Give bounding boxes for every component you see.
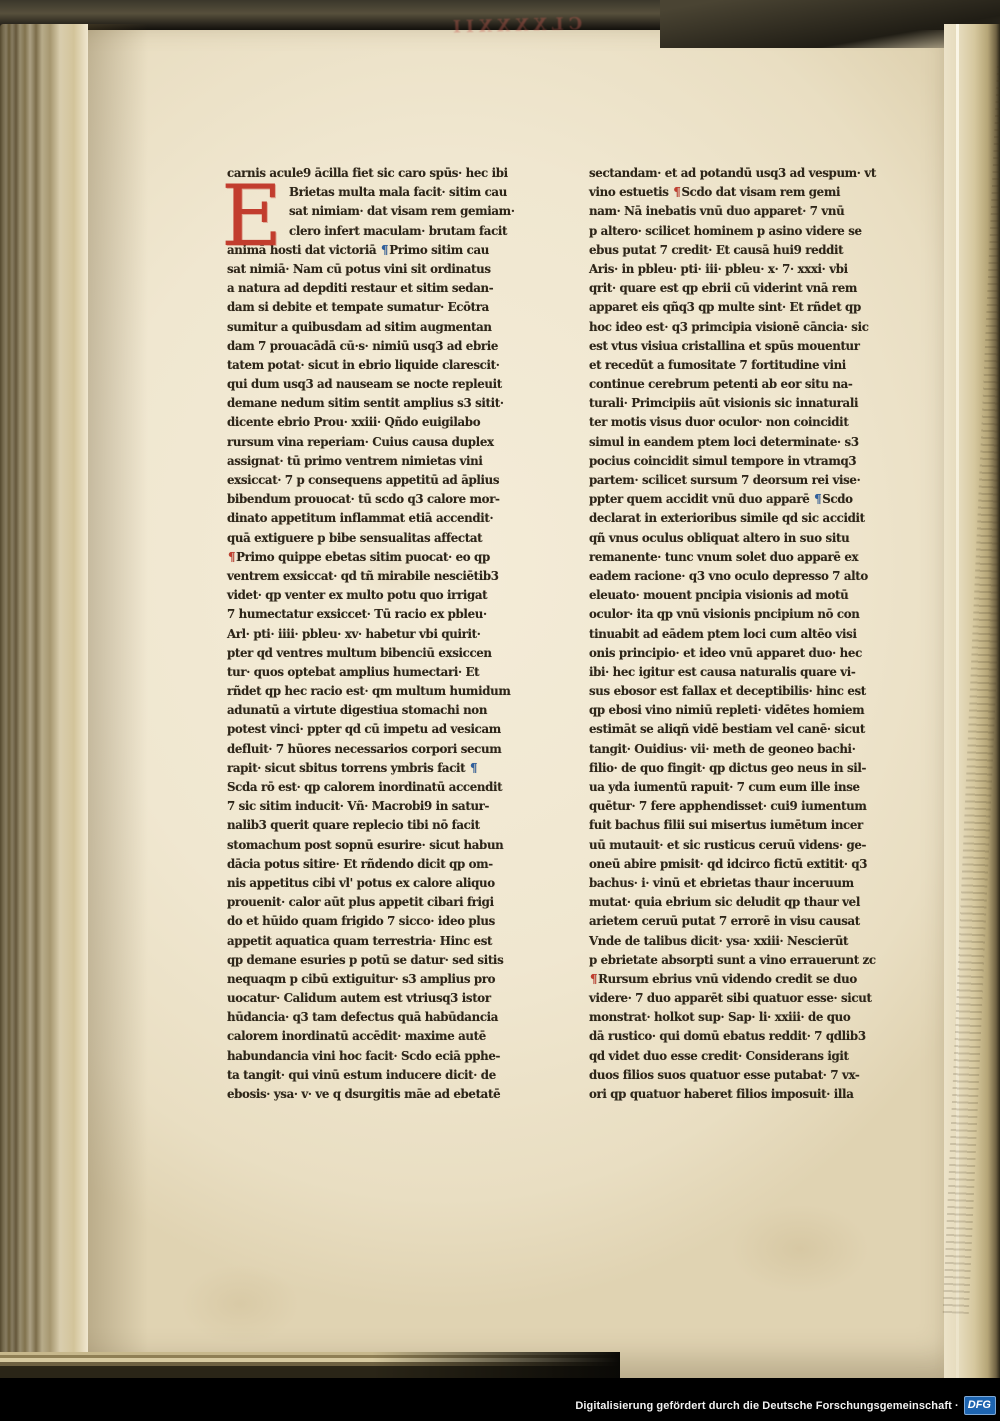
text-line: p altero· scilicet hominem p asino vider… — [589, 224, 891, 243]
parchment-stain — [730, 1204, 870, 1294]
scanned-book-page: CLXXXXII E carnis acule9 ācilla fiet sic… — [0, 0, 1000, 1421]
text-line: qd videt duo esse credit· Considerans ig… — [589, 1049, 891, 1068]
text-line: nequaqm p cibū extiguitur· s3 amplius pr… — [227, 972, 529, 991]
text-line: oculor· ita qp vnū visionis pncipium nō … — [589, 607, 891, 626]
paragraph-mark: ¶ — [227, 550, 236, 564]
text-line: remanente· tunc vnum solet duo apparē ex — [589, 550, 891, 569]
gutter-shadow — [88, 24, 148, 1378]
text-line: sumitur a quibusdam ad sitim augmentan — [227, 320, 529, 339]
text-line: quā extiguere p bibe sensualitas affecta… — [227, 531, 529, 550]
text-line: pocius coincidit simul tempore in vtramq… — [589, 454, 891, 473]
rubricated-initial-E: E — [221, 178, 282, 254]
text-line: estimāt se aliqñ vidē bestiam vel canē· … — [589, 722, 891, 741]
text-line: et recedūt a fumositate 7 fortitudine vi… — [589, 358, 891, 377]
text-line: 7 humectatur exsiccet· Tū racio ex pbleu… — [227, 607, 529, 626]
text-line: potest vinci· ppter qd cū impetu ad vesi… — [227, 722, 529, 741]
text-line: do et hūido quam frigido 7 sicco· ideo p… — [227, 914, 529, 933]
text-line: ibi· hec igitur est causa naturalis quar… — [589, 665, 891, 684]
text-line: prouenit· calor aūt plus appetit cibari … — [227, 895, 529, 914]
text-line: apparet eis qñq3 qp multe sint· Et rñdet… — [589, 300, 891, 319]
text-line: uocatur· Calidum autem est vtriusq3 isto… — [227, 991, 529, 1010]
text-line: duos filios suos quatuor esse putabat· 7… — [589, 1068, 891, 1087]
text-line: stomachum post sopnū esurire· sicut habu… — [227, 838, 529, 857]
text-line: dicente ebrio Prou· xxiii· Qñdo euigilab… — [227, 415, 529, 434]
text-line: eleuato· mouent pncipia visionis ad motū — [589, 588, 891, 607]
text-line: rursum vina reperiam· Cuius causa duplex — [227, 435, 529, 454]
text-line: simul in eandem ptem loci determinate· s… — [589, 435, 891, 454]
text-line: nam· Nā inebatis vnū duo apparet· 7 vnū — [589, 204, 891, 223]
text-line: monstrat· holkot sup· Sap· li· xxiii· de… — [589, 1010, 891, 1029]
next-leaf-edge — [944, 24, 1000, 1378]
text-line: arietem ceruū putat 7 errorē in visu cau… — [589, 914, 891, 933]
text-line: filio· de quo fingit· qp dictus geo neus… — [589, 761, 891, 780]
text-line: uū mutauit· et sic rusticus ceruū videns… — [589, 838, 891, 857]
showthrough-text-lines — [943, 64, 1000, 1314]
text-line: Scda rō est· qp calorem inordinatū accen… — [227, 780, 529, 799]
paragraph-mark: ¶ — [813, 492, 822, 506]
text-line: hoc ideo est· q3 primcipia visionē cānci… — [589, 320, 891, 339]
text-line: exsiccat· 7 p consequens appetitū ad āpl… — [227, 473, 529, 492]
text-line: tur· quos optebat amplius humectari· Et — [227, 665, 529, 684]
paragraph-mark: ¶ — [672, 185, 681, 199]
text-line: continue cerebrum petenti ab eor situ na… — [589, 377, 891, 396]
text-line: eadem racione· q3 vno oculo depresso 7 a… — [589, 569, 891, 588]
text-line: vino estuetis ¶Scdo dat visam rem gemi — [589, 185, 891, 204]
text-line: videt· qp venter ex multo potu quo irrig… — [227, 588, 529, 607]
text-line: nis appetitus cibi vl' potus ex calore a… — [227, 876, 529, 895]
text-line: bachus· i· vinū et ebrietas thaur inceru… — [589, 876, 891, 895]
text-line: qp ebosi vino nimiū repleti· vidētes hom… — [589, 703, 891, 722]
text-line: sectandam· et ad potandū usq3 ad vespum·… — [589, 166, 891, 185]
text-line: declarat in exterioribus simile qd sic a… — [589, 511, 891, 530]
text-line: tatem potat· sicut in ebrio liquide clar… — [227, 358, 529, 377]
text-line: sus ebosor est fallax et deceptibilis· h… — [589, 684, 891, 703]
text-line: ua yda iumentū rapuit· 7 cum eum ille in… — [589, 780, 891, 799]
folio-number-stamp: CLXXXXII — [448, 14, 583, 38]
text-line: bibendum prouocat· tū scdo q3 calore mor… — [227, 492, 529, 511]
text-line: est vtus visiua cristallina et spūs moue… — [589, 339, 891, 358]
text-line: quētur· 7 fere apphendisset· cui9 iument… — [589, 799, 891, 818]
text-line: dam 7 prouacādā cū·s· nimiū usq3 ad ebri… — [227, 339, 529, 358]
paragraph-mark: ¶ — [380, 243, 389, 257]
text-line: assignat· tū primo ventrem nimietas vini — [227, 454, 529, 473]
text-line: ebosis· ysa· v· ve q dsurgitis māe ad eb… — [227, 1087, 529, 1106]
text-line: mutat· quia ebrium sic deludit qp thaur … — [589, 895, 891, 914]
text-line: 7 sic sitim inducit· Vñ· Macrobi9 in sat… — [227, 799, 529, 818]
text-line: tangit· Ouidius· vii· meth de geoneo bac… — [589, 742, 891, 761]
text-line: habundancia vini hoc facit· Scdo eciā pp… — [227, 1049, 529, 1068]
text-line: defluit· 7 hūores necessarios corpori se… — [227, 742, 529, 761]
text-line: rñdet qp hec racio est· qm multum humidu… — [227, 684, 529, 703]
text-line: partem· scilicet sursum 7 deorsum rei vi… — [589, 473, 891, 492]
text-line: ¶Rursum ebrius vnū videndo credit se duo — [589, 972, 891, 991]
book-gutter-page-edges — [0, 24, 88, 1378]
paragraph-mark: ¶ — [469, 761, 478, 775]
paragraph-mark: ¶ — [589, 972, 598, 986]
text-line: oneū abire pmisit· qd idcirco fictū exti… — [589, 857, 891, 876]
text-line: adunatū a virtute digestiua stomachi non — [227, 703, 529, 722]
digitization-credit: Digitalisierung gefördert durch die Deut… — [575, 1396, 996, 1415]
text-line: p ebrietate absorpti sunt a vino errauer… — [589, 953, 891, 972]
dfg-logo: DFG — [964, 1396, 996, 1415]
text-line: turali· Primcipiis aūt visionis sic inna… — [589, 396, 891, 415]
text-line: onis principio· et ideo vnū apparet duo·… — [589, 646, 891, 665]
text-line: Arl· pti· iiii· pbleu· xv· habetur vbi q… — [227, 627, 529, 646]
text-line: ppter quem accidit vnū duo apparē ¶Scdo — [589, 492, 891, 511]
parchment-stain — [180, 1264, 300, 1344]
text-line: ter motis visus duor oculor· non coincid… — [589, 415, 891, 434]
credit-text: Digitalisierung gefördert durch die Deut… — [575, 1400, 958, 1412]
text-line: qrit· quare est qp ebrii cū viderint vnā… — [589, 281, 891, 300]
text-line: demane nedum sitim sentit amplius s3 sit… — [227, 396, 529, 415]
text-column-right: sectandam· et ad potandū usq3 ad vespum·… — [589, 166, 891, 1106]
text-line: dam si debite et tempate sumatur· Ecōtra — [227, 300, 529, 319]
text-line: qñ vnus oculus obliquat altero in suo si… — [589, 531, 891, 550]
text-line: ori qp quatuor haberet filios imposuit· … — [589, 1087, 891, 1106]
text-line: ¶Primo quippe ebetas sitim puocat· eo qp — [227, 550, 529, 569]
text-column-left: E carnis acule9 ācilla fiet sic caro spū… — [227, 166, 529, 1106]
text-line: ebus putat 7 credit· Et causā hui9 reddi… — [589, 243, 891, 262]
text-line: pter qd ventres multum bibenciū exsiccen — [227, 646, 529, 665]
text-line: qp demane esuries p potū se datur· sed s… — [227, 953, 529, 972]
text-line: qui dum usq3 ad nauseam se nocte repleui… — [227, 377, 529, 396]
text-line: calorem inordinatū accēdit· maxime autē — [227, 1029, 529, 1048]
text-line: nalib3 querit quare replecio tibi nō fac… — [227, 818, 529, 837]
text-line: dācia potus sitire· Et rñdendo dicit qp … — [227, 857, 529, 876]
text-line: ta tangit· qui vinū estum inducere dicit… — [227, 1068, 529, 1087]
text-line: a natura ad depditi restaur et sitim sed… — [227, 281, 529, 300]
text-line: Aris· in pbleu· pti· iii· pbleu· x· 7· x… — [589, 262, 891, 281]
text-line: videre· 7 duo apparēt sibi quatuor esse·… — [589, 991, 891, 1010]
text-line: ventrem exsiccat· qd tñ mirabile nesciēt… — [227, 569, 529, 588]
text-line: dinato appetitum inflammat etiā accendit… — [227, 511, 529, 530]
text-line: dā rustico· qui domū ebatus reddit· 7 qd… — [589, 1029, 891, 1048]
text-line: fuit bachus filii sui misertus iumētum i… — [589, 818, 891, 837]
text-line: hūdancia· q3 tam defectus quā habūdancia — [227, 1010, 529, 1029]
text-line: Vnde de talibus dicit· ysa· xxiii· Nesci… — [589, 934, 891, 953]
text-line: tinuabit ad eādem ptem loci cum altēo vi… — [589, 627, 891, 646]
text-line: rapit· sicut sbitus torrens ymbris facit… — [227, 761, 529, 780]
text-line: appetit aquatica quam terrestria· Hinc e… — [227, 934, 529, 953]
